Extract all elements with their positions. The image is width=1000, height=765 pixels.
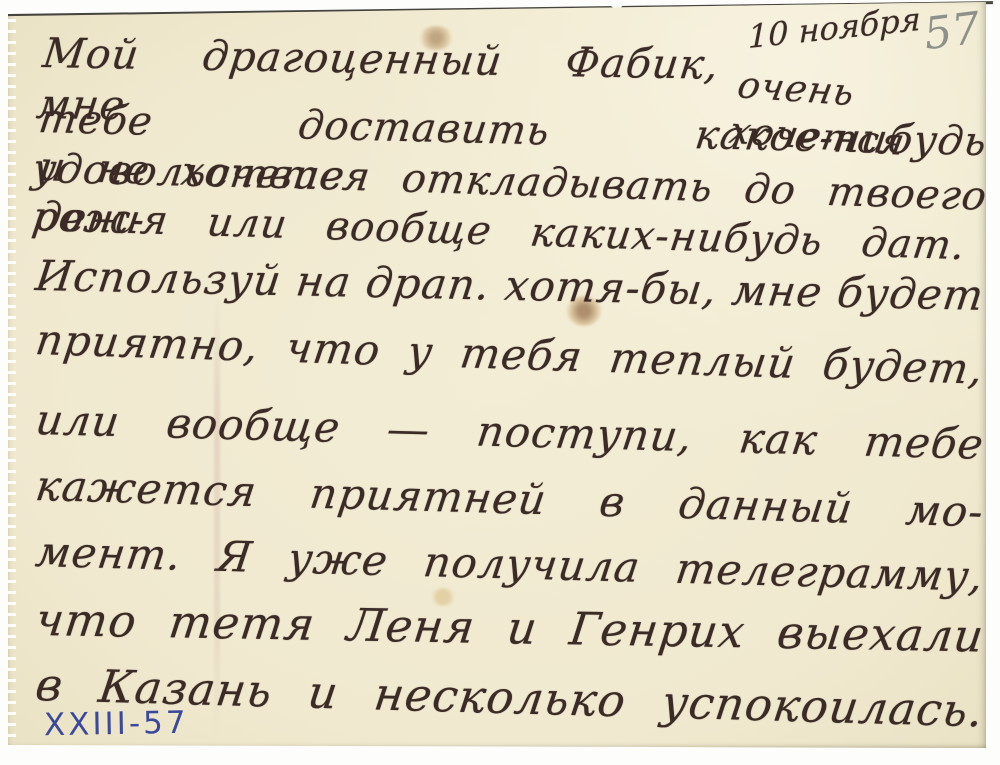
catalog-number: XXIII-57	[44, 705, 189, 744]
torn-edge	[8, 8, 16, 740]
letter-page: 10 ноября 57 Мой драгоценный Фабик, мне …	[8, 2, 986, 748]
archive-page-number: 57	[921, 3, 983, 60]
handwritten-line: кажется приятней в данный мо-	[33, 460, 988, 539]
handwritten-line: что тетя Леня и Генрих выехали	[33, 592, 988, 665]
handwritten-line: приятно, что у тебя теплый будет,	[32, 314, 987, 396]
scan-background: { "annotations": { "date": "10 ноября", …	[0, 0, 1000, 765]
letter-date: 10 ноября	[748, 0, 927, 56]
handwritten-line: мент. Я уже получила телеграмму,	[33, 526, 988, 603]
handwritten-line: или вообще — поступи, как тебе	[33, 394, 988, 471]
